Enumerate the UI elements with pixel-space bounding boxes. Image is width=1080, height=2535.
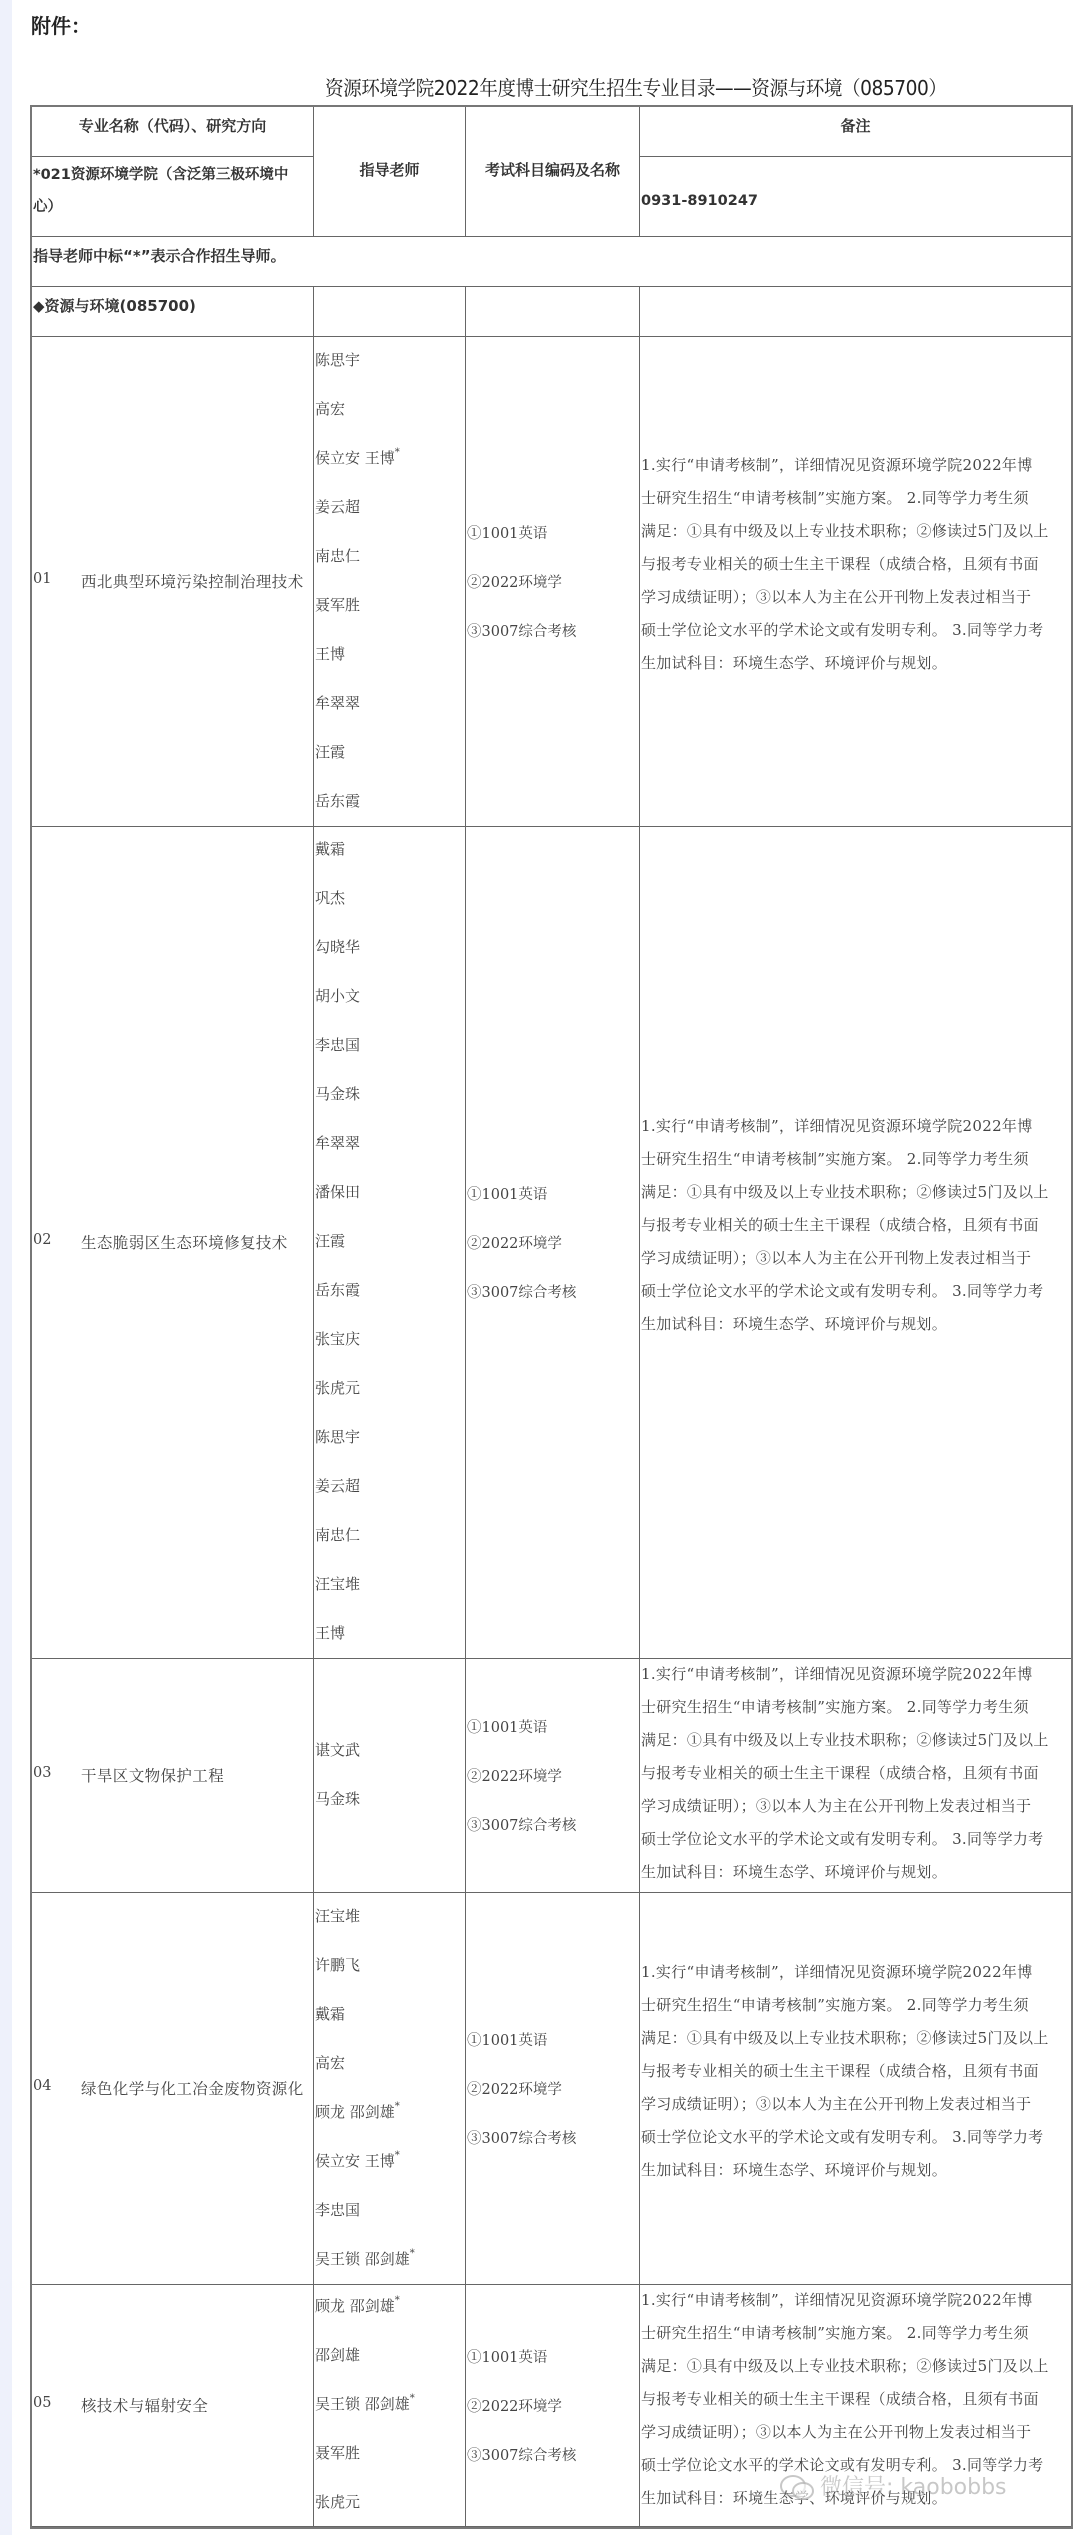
advisor-name: 吴王锁 邵剑雄*: [315, 2393, 415, 2414]
school-cell: *021资源环境学院（含泛第三极环境中 心）: [32, 157, 314, 237]
notes-line: 满足：①具有中级及以上专业技术职称；②修读过5门及以上: [641, 520, 1049, 541]
direction-name: 干旱区文物保护工程: [81, 1764, 224, 1786]
watermark-text: 微信号: kaobobbs: [820, 2470, 1007, 2501]
advisor-name: 汪宝堆: [315, 1905, 360, 1926]
advisor-name: 胡小文: [315, 985, 360, 1006]
exam-cell: ①1001英语②2022环境学③3007综合考核: [466, 1659, 640, 1893]
left-margin-strip: [0, 0, 12, 2535]
advisor-name: 高宏: [315, 2052, 345, 2073]
advisors-cell: 谌文武马金珠: [314, 1659, 466, 1893]
exam-subject: ②2022环境学: [467, 1765, 562, 1786]
advisor-name: 岳东霞: [315, 790, 360, 811]
exam-cell: ①1001英语②2022环境学③3007综合考核: [466, 827, 640, 1659]
exam-subject: ①1001英语: [467, 2029, 547, 2050]
notes-line: 生加试科目：环境生态学、环境评价与规划。: [641, 2159, 947, 2180]
notes-line: 与报考专业相关的硕士生主干课程（成绩合格，且须有书面: [641, 553, 1039, 574]
catalog-table: 专业名称（代码）、研究方向 指导老师 考试科目编码及名称 备注 *021资源环境…: [30, 105, 1073, 2529]
notes-cell: 1.实行“申请考核制”，详细情况见资源环境学院2022年博士研究生招生“申请考核…: [640, 1659, 1071, 1893]
school-name-line2: 心）: [33, 195, 62, 216]
advisor-name: 马金珠: [315, 1788, 360, 1809]
advisor-name: 王博: [315, 1622, 345, 1643]
advisor-name: 聂军胜: [315, 2442, 360, 2463]
notes-cell: 1.实行“申请考核制”，详细情况见资源环境学院2022年博士研究生招生“申请考核…: [640, 827, 1071, 1659]
direction-code: 01: [33, 571, 51, 587]
notes-line: 满足：①具有中级及以上专业技术职称；②修读过5门及以上: [641, 2355, 1049, 2376]
notes-line: 生加试科目：环境生态学、环境评价与规划。: [641, 1313, 947, 1334]
notes-line: 生加试科目：环境生态学、环境评价与规划。: [641, 652, 947, 673]
advisor-name: 牟翠翠: [315, 1132, 360, 1153]
notes-cell: 1.实行“申请考核制”，详细情况见资源环境学院2022年博士研究生招生“申请考核…: [640, 337, 1071, 827]
exam-cell: ①1001英语②2022环境学③3007综合考核: [466, 2285, 640, 2527]
notes-line: 与报考专业相关的硕士生主干课程（成绩合格，且须有书面: [641, 1214, 1039, 1235]
advisor-name: 吴王锁 邵剑雄*: [315, 2248, 415, 2269]
direction-name: 绿色化学与化工冶金废物资源化: [81, 2077, 304, 2099]
notes-line: 硕士学位论文水平的学术论文或有发明专利。 3.同等学力考: [641, 619, 1043, 640]
advisor-name: 李忠国: [315, 2199, 360, 2220]
advisor-name: 巩杰: [315, 887, 345, 908]
advisors-cell: 顾龙 邵剑雄*邵剑雄吴王锁 邵剑雄*聂军胜张虎元: [314, 2285, 466, 2527]
header-notes: 备注: [640, 107, 1071, 157]
exam-subject: ②2022环境学: [467, 1232, 562, 1253]
exam-subject: ①1001英语: [467, 522, 547, 543]
direction-cell: 01西北典型环境污染控制治理技术: [32, 337, 314, 827]
advisor-name: 张虎元: [315, 1377, 360, 1398]
advisor-name: 牟翠翠: [315, 692, 360, 713]
advisor-name: 顾龙 邵剑雄*: [315, 2101, 400, 2122]
notes-line: 与报考专业相关的硕士生主干课程（成绩合格，且须有书面: [641, 2388, 1039, 2409]
advisor-name: 汪霞: [315, 741, 345, 762]
exam-subject: ①1001英语: [467, 2346, 547, 2367]
exam-cell: ①1001英语②2022环境学③3007综合考核: [466, 1893, 640, 2285]
advisor-name: 汪霞: [315, 1230, 345, 1251]
exam-subject: ③3007综合考核: [467, 2444, 576, 2465]
header-major: 专业名称（代码）、研究方向: [32, 107, 314, 157]
advisor-name: 聂军胜: [315, 594, 360, 615]
exam-subject: ③3007综合考核: [467, 1814, 576, 1835]
watermark: 微信号: kaobobbs: [780, 2470, 1007, 2501]
notes-line: 与报考专业相关的硕士生主干课程（成绩合格，且须有书面: [641, 1762, 1039, 1783]
advisor-name: 谌文武: [315, 1739, 360, 1760]
exam-subject: ①1001英语: [467, 1716, 547, 1737]
advisor-name: 马金珠: [315, 1083, 360, 1104]
notes-line: 学习成绩证明）；③以本人为主在公开刊物上发表过相当于: [641, 1795, 1031, 1816]
advisor-name: 汪宝堆: [315, 1573, 360, 1594]
advisor-note-row: 指导老师中标“*”表示合作招生导师。: [32, 237, 1071, 287]
school-phone: 0931-8910247: [641, 193, 758, 209]
school-name-line1: *021资源环境学院（含泛第三极环境中: [33, 163, 288, 184]
advisor-name: 陈思宇: [315, 1426, 360, 1447]
advisor-name: 张虎元: [315, 2491, 360, 2512]
notes-cell: 1.实行“申请考核制”，详细情况见资源环境学院2022年博士研究生招生“申请考核…: [640, 1893, 1071, 2285]
direction-name: 核技术与辐射安全: [81, 2394, 208, 2416]
advisor-name: 陈思宇: [315, 349, 360, 370]
notes-line: 士研究生招生“申请考核制”实施方案。 2.同等学力考生须: [641, 2322, 1029, 2343]
advisor-name: 侯立安 王博*: [315, 2150, 400, 2171]
notes-line: 1.实行“申请考核制”，详细情况见资源环境学院2022年博: [641, 2289, 1033, 2310]
advisor-name: 潘保田: [315, 1181, 360, 1202]
school-phone-cell: 0931-8910247: [640, 157, 1071, 237]
notes-line: 与报考专业相关的硕士生主干课程（成绩合格，且须有书面: [641, 2060, 1039, 2081]
notes-line: 学习成绩证明）；③以本人为主在公开刊物上发表过相当于: [641, 2421, 1031, 2442]
advisors-cell: 汪宝堆许鹏飞戴霜高宏顾龙 邵剑雄*侯立安 王博*李忠国吴王锁 邵剑雄*: [314, 1893, 466, 2285]
advisor-name: 南忠仁: [315, 1524, 360, 1545]
advisor-name: 王博: [315, 643, 345, 664]
major-row-label: ◆资源与环境(085700): [33, 295, 196, 316]
advisor-name: 姜云超: [315, 496, 360, 517]
advisors-cell: 陈思宇高宏侯立安 王博*姜云超南忠仁聂军胜王博牟翠翠汪霞岳东霞: [314, 337, 466, 827]
advisor-name: 勾晓华: [315, 936, 360, 957]
header-notes-label: 备注: [640, 115, 1071, 136]
advisor-name: 邵剑雄: [315, 2344, 360, 2365]
notes-line: 1.实行“申请考核制”，详细情况见资源环境学院2022年博: [641, 1663, 1033, 1684]
header-advisors: 指导老师: [314, 107, 466, 237]
advisor-note: 指导老师中标“*”表示合作招生导师。: [33, 245, 286, 266]
direction-code: 03: [33, 1765, 51, 1781]
header-exam: 考试科目编码及名称: [466, 107, 640, 237]
exam-subject: ③3007综合考核: [467, 620, 576, 641]
advisor-name: 南忠仁: [315, 545, 360, 566]
header-exam-label: 考试科目编码及名称: [466, 159, 639, 180]
notes-line: 硕士学位论文水平的学术论文或有发明专利。 3.同等学力考: [641, 1280, 1043, 1301]
exam-subject: ②2022环境学: [467, 571, 562, 592]
direction-cell: 02生态脆弱区生态环境修复技术: [32, 827, 314, 1659]
advisors-cell: 戴霜巩杰勾晓华胡小文李忠国马金珠牟翠翠潘保田汪霞岳东霞张宝庆张虎元陈思宇姜云超南…: [314, 827, 466, 1659]
notes-line: 1.实行“申请考核制”，详细情况见资源环境学院2022年博: [641, 1961, 1033, 1982]
exam-subject: ③3007综合考核: [467, 1281, 576, 1302]
notes-line: 学习成绩证明）；③以本人为主在公开刊物上发表过相当于: [641, 2093, 1031, 2114]
direction-code: 05: [33, 2395, 51, 2411]
advisor-name: 姜云超: [315, 1475, 360, 1496]
advisor-name: 侯立安 王博*: [315, 447, 400, 468]
direction-name: 西北典型环境污染控制治理技术: [81, 570, 304, 592]
notes-line: 硕士学位论文水平的学术论文或有发明专利。 3.同等学力考: [641, 2126, 1043, 2147]
direction-cell: 05核技术与辐射安全: [32, 2285, 314, 2527]
major-row-empty-notes: [640, 287, 1071, 337]
direction-cell: 03干旱区文物保护工程: [32, 1659, 314, 1893]
advisor-name: 许鹏飞: [315, 1954, 360, 1975]
notes-line: 学习成绩证明）；③以本人为主在公开刊物上发表过相当于: [641, 586, 1031, 607]
direction-code: 02: [33, 1232, 51, 1248]
advisor-name: 李忠国: [315, 1034, 360, 1055]
notes-line: 士研究生招生“申请考核制”实施方案。 2.同等学力考生须: [641, 1148, 1029, 1169]
advisor-name: 高宏: [315, 398, 345, 419]
document-title: 资源环境学院2022年度博士研究生招生专业目录——资源与环境（085700）: [325, 72, 946, 101]
notes-line: 士研究生招生“申请考核制”实施方案。 2.同等学力考生须: [641, 1696, 1029, 1717]
notes-line: 学习成绩证明）；③以本人为主在公开刊物上发表过相当于: [641, 1247, 1031, 1268]
notes-line: 满足：①具有中级及以上专业技术职称；②修读过5门及以上: [641, 1729, 1049, 1750]
notes-line: 士研究生招生“申请考核制”实施方案。 2.同等学力考生须: [641, 1994, 1029, 2015]
exam-subject: ②2022环境学: [467, 2395, 562, 2416]
exam-subject: ①1001英语: [467, 1183, 547, 1204]
advisor-name: 岳东霞: [315, 1279, 360, 1300]
direction-code: 04: [33, 2078, 51, 2094]
header-major-label: 专业名称（代码）、研究方向: [32, 115, 313, 136]
exam-cell: ①1001英语②2022环境学③3007综合考核: [466, 337, 640, 827]
exam-subject: ③3007综合考核: [467, 2127, 576, 2148]
wechat-icon: [780, 2473, 814, 2499]
notes-line: 1.实行“申请考核制”，详细情况见资源环境学院2022年博: [641, 1115, 1033, 1136]
direction-name: 生态脆弱区生态环境修复技术: [81, 1231, 288, 1253]
notes-line: 满足：①具有中级及以上专业技术职称；②修读过5门及以上: [641, 1181, 1049, 1202]
header-advisors-label: 指导老师: [314, 159, 465, 180]
notes-line: 生加试科目：环境生态学、环境评价与规划。: [641, 1861, 947, 1882]
advisor-name: 戴霜: [315, 2003, 345, 2024]
notes-line: 硕士学位论文水平的学术论文或有发明专利。 3.同等学力考: [641, 1828, 1043, 1849]
major-row-empty-advisors: [314, 287, 466, 337]
direction-cell: 04绿色化学与化工冶金废物资源化: [32, 1893, 314, 2285]
advisor-name: 张宝庆: [315, 1328, 360, 1349]
notes-line: 1.实行“申请考核制”，详细情况见资源环境学院2022年博: [641, 454, 1033, 475]
notes-line: 士研究生招生“申请考核制”实施方案。 2.同等学力考生须: [641, 487, 1029, 508]
advisor-name: 顾龙 邵剑雄*: [315, 2295, 400, 2316]
major-row-cell: ◆资源与环境(085700): [32, 287, 314, 337]
attachment-label: 附件：: [31, 10, 91, 39]
advisor-name: 戴霜: [315, 838, 345, 859]
notes-line: 满足：①具有中级及以上专业技术职称；②修读过5门及以上: [641, 2027, 1049, 2048]
exam-subject: ②2022环境学: [467, 2078, 562, 2099]
major-row-empty-exam: [466, 287, 640, 337]
